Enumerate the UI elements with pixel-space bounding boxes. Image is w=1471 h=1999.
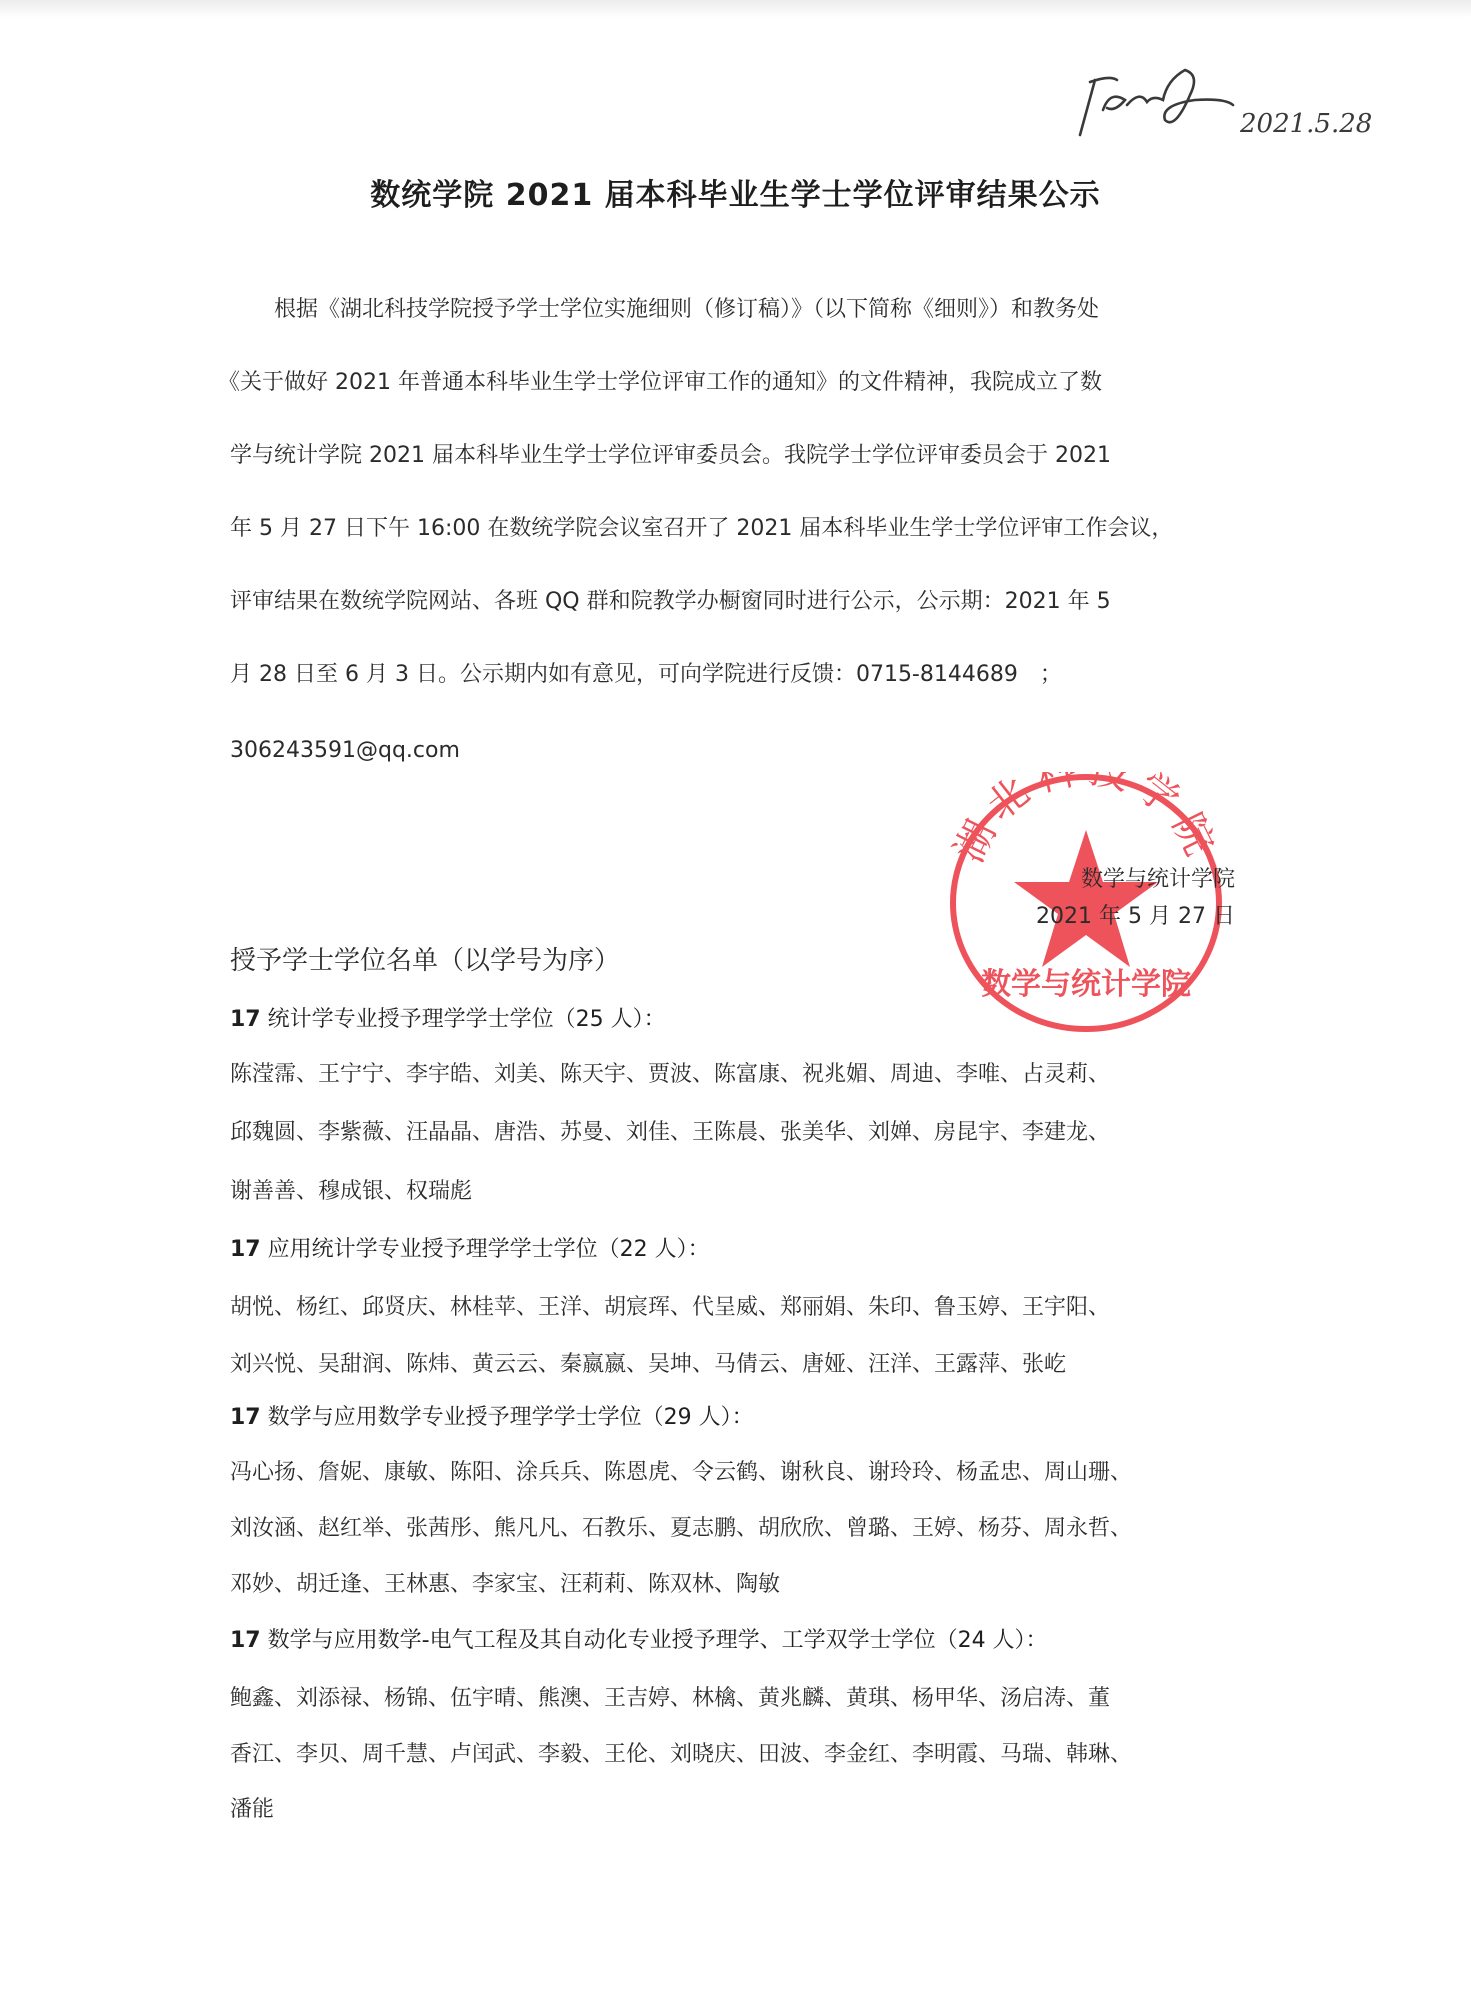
section-title: 统计学专业授予理学学士学位（25 人）： (268, 1007, 666, 1032)
section-grade: 17 (230, 1007, 261, 1032)
section-grade: 17 (230, 1628, 261, 1653)
name-line: 谢善善、穆成银、权瑞彪 (230, 1174, 1290, 1205)
name-line: 香江、李贝、周千慧、卢闰武、李毅、王伦、刘晓庆、田波、李金红、李明霞、马瑞、韩琳… (230, 1737, 1290, 1768)
name-line: 刘兴悦、吴甜润、陈炜、黄云云、秦嬴嬴、吴坤、马倩云、唐娅、汪洋、王露萍、张屹 (230, 1347, 1290, 1378)
name-line: 刘汝涵、赵红举、张茜彤、熊凡凡、石教乐、夏志鹏、胡欣欣、曾璐、王婷、杨芬、周永哲… (230, 1511, 1290, 1542)
section-grade: 17 (230, 1405, 261, 1430)
issuer-org: 数学与统计学院 (1015, 862, 1235, 893)
name-line: 鲍鑫、刘添禄、杨锦、伍宇晴、熊澳、王吉婷、林檎、黄兆麟、黄琪、杨甲华、汤启涛、董 (230, 1681, 1290, 1712)
section-title: 应用统计学专业授予理学学士学位（22 人）： (268, 1237, 710, 1262)
section-heading-math: 17 数学与应用数学专业授予理学学士学位（29 人）： (230, 1400, 754, 1431)
handwritten-signature: 2021.5.28 (1055, 50, 1415, 150)
document-title: 数统学院 2021 届本科毕业生学士学位评审结果公示 (0, 170, 1471, 214)
name-line: 潘能 (230, 1792, 1290, 1823)
name-line: 邓妙、胡迁逢、王林惠、李家宝、汪莉莉、陈双林、陶敏 (230, 1567, 1290, 1598)
name-line: 胡悦、杨红、邱贤庆、林桂苹、王洋、胡宸珲、代呈威、郑丽娟、朱印、鲁玉婷、王宇阳、 (230, 1290, 1290, 1321)
body-line-5: 评审结果在数统学院网站、各班 QQ 群和院教学办橱窗同时进行公示，公示期：202… (230, 584, 1255, 615)
signature-date: 2021.5.28 (1239, 109, 1372, 139)
seal-bottom-text: 数学与统计学院 (981, 967, 1191, 1002)
name-line: 冯心扬、詹妮、康敏、陈阳、涂兵兵、陈恩虎、令云鹤、谢秋良、谢玲玲、杨孟忠、周山珊… (230, 1455, 1290, 1486)
name-line: 邱魏圆、李紫薇、汪晶晶、唐浩、苏曼、刘佳、王陈晨、张美华、刘婵、房昆宇、李建龙、 (230, 1115, 1290, 1146)
section-grade: 17 (230, 1237, 261, 1262)
list-heading: 授予学士学位名单（以学号为序） (230, 940, 620, 977)
section-heading-math-electrical-dual: 17 数学与应用数学-电气工程及其自动化专业授予理学、工学双学士学位（24 人）… (230, 1623, 1048, 1654)
body-line-4: 年 5 月 27 日下午 16:00 在数统学院会议室召开了 2021 届本科毕… (230, 511, 1255, 542)
body-line-1: 根据《湖北科技学院授予学士学位实施细则（修订稿）》（以下简称《细则》）和教务处 (230, 292, 1255, 323)
section-title: 数学与应用数学-电气工程及其自动化专业授予理学、工学双学士学位（24 人）： (268, 1628, 1048, 1653)
issue-date: 2021 年 5 月 27 日 (1015, 899, 1235, 930)
section-title: 数学与应用数学专业授予理学学士学位（29 人）： (268, 1405, 754, 1430)
section-heading-applied-statistics: 17 应用统计学专业授予理学学士学位（22 人）： (230, 1232, 710, 1263)
contact-email: 306243591@qq.com (230, 738, 1255, 763)
body-line-3: 学与统计学院 2021 届本科毕业生学士学位评审委员会。我院学士学位评审委员会于… (230, 438, 1255, 469)
body-line-6: 月 28 日至 6 月 3 日。公示期内如有意见，可向学院进行反馈：0715-8… (230, 657, 1255, 688)
body-line-2: 《关于做好 2021 年普通本科毕业生学士学位评审工作的通知》的文件精神，我院成… (218, 365, 1243, 396)
signature-scribble-icon: 2021.5.28 (1055, 50, 1415, 150)
name-line: 陈滢霈、王宁宁、李宇皓、刘美、陈天宇、贾波、陈富康、祝兆媚、周迪、李唯、占灵莉、 (230, 1057, 1290, 1088)
section-heading-statistics: 17 统计学专业授予理学学士学位（25 人）： (230, 1002, 666, 1033)
scan-edge-shadow (0, 0, 1471, 18)
